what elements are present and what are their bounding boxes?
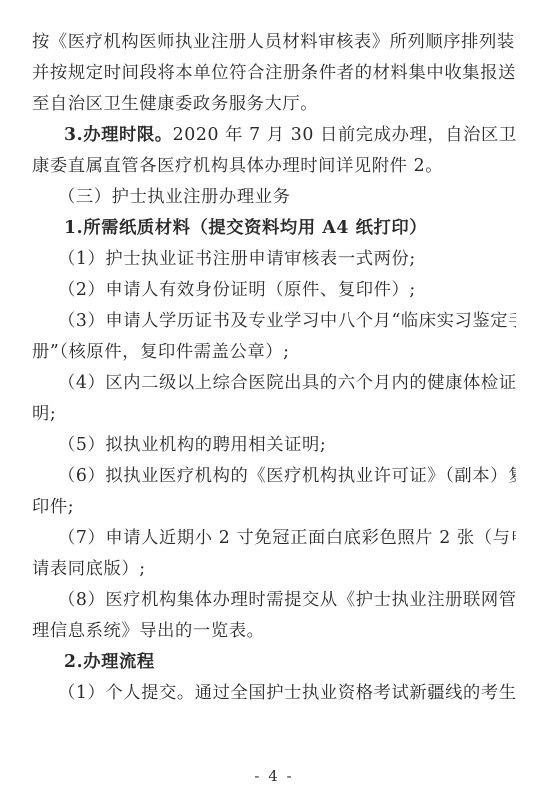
list-item: （7）申请人近期小 2 寸免冠正面白底彩色照片 2 张（与申 [58, 526, 516, 550]
list-item-continuation: 印件; [32, 495, 516, 519]
process-heading: 2.办理流程 [64, 650, 516, 674]
time-limit-line: 3.办理时限。2020 年 7 月 30 日前完成办理，自治区卫生健 [64, 123, 516, 147]
list-item: （2）申请人有效身份证明（原件、复印件）; [58, 278, 516, 302]
list-item: （3）申请人学历证书及专业学习中八个月“临床实习鉴定手 [58, 309, 516, 333]
time-limit-text: 2020 年 7 月 30 日前完成办理，自治区卫生健 [173, 125, 516, 145]
materials-heading: 1.所需纸质材料（提交资料均用 A4 纸打印） [64, 216, 516, 240]
paragraph-line: 至自治区卫生健康委政务服务大厅。 [32, 92, 516, 116]
paragraph-line: 康委直属直管各医疗机构具体办理时间详见附件 2。 [32, 154, 516, 178]
list-item: （6）拟执业医疗机构的《医疗机构执业许可证》（副本）复 [58, 464, 516, 488]
paragraph-line: 按《医疗机构医师执业注册人员材料审核表》所列顺序排列装订 [32, 30, 516, 54]
list-item-continuation: 理信息系统》导出的一览表。 [32, 619, 516, 643]
list-item: （8）医疗机构集体办理时需提交从《护士执业注册联网管 [58, 588, 516, 612]
list-item: （1）护士执业证书注册申请审核表一式两份; [58, 247, 516, 271]
section-heading-nurse: （三）护士执业注册办理业务 [58, 185, 516, 209]
list-item: （5）拟执业机构的聘用相关证明; [58, 433, 516, 457]
list-item-continuation: 明; [32, 402, 516, 426]
document-page: 按《医疗机构医师执业注册人员材料审核表》所列顺序排列装订 并按规定时间段将本单位… [0, 0, 548, 794]
page-number: - 4 - [0, 766, 548, 786]
list-item-continuation: 请表同底版）; [32, 557, 516, 581]
paragraph-line: 并按规定时间段将本单位符合注册条件者的材料集中收集报送 [32, 61, 516, 85]
time-limit-heading: 3.办理时限。 [64, 125, 173, 145]
list-item-continuation: 册”（核原件，复印件需盖公章）; [32, 340, 516, 364]
list-item: （1）个人提交。通过全国护士执业资格考试新疆线的考生， [58, 681, 516, 705]
list-item: （4）区内二级以上综合医院出具的六个月内的健康体检证 [58, 371, 516, 395]
